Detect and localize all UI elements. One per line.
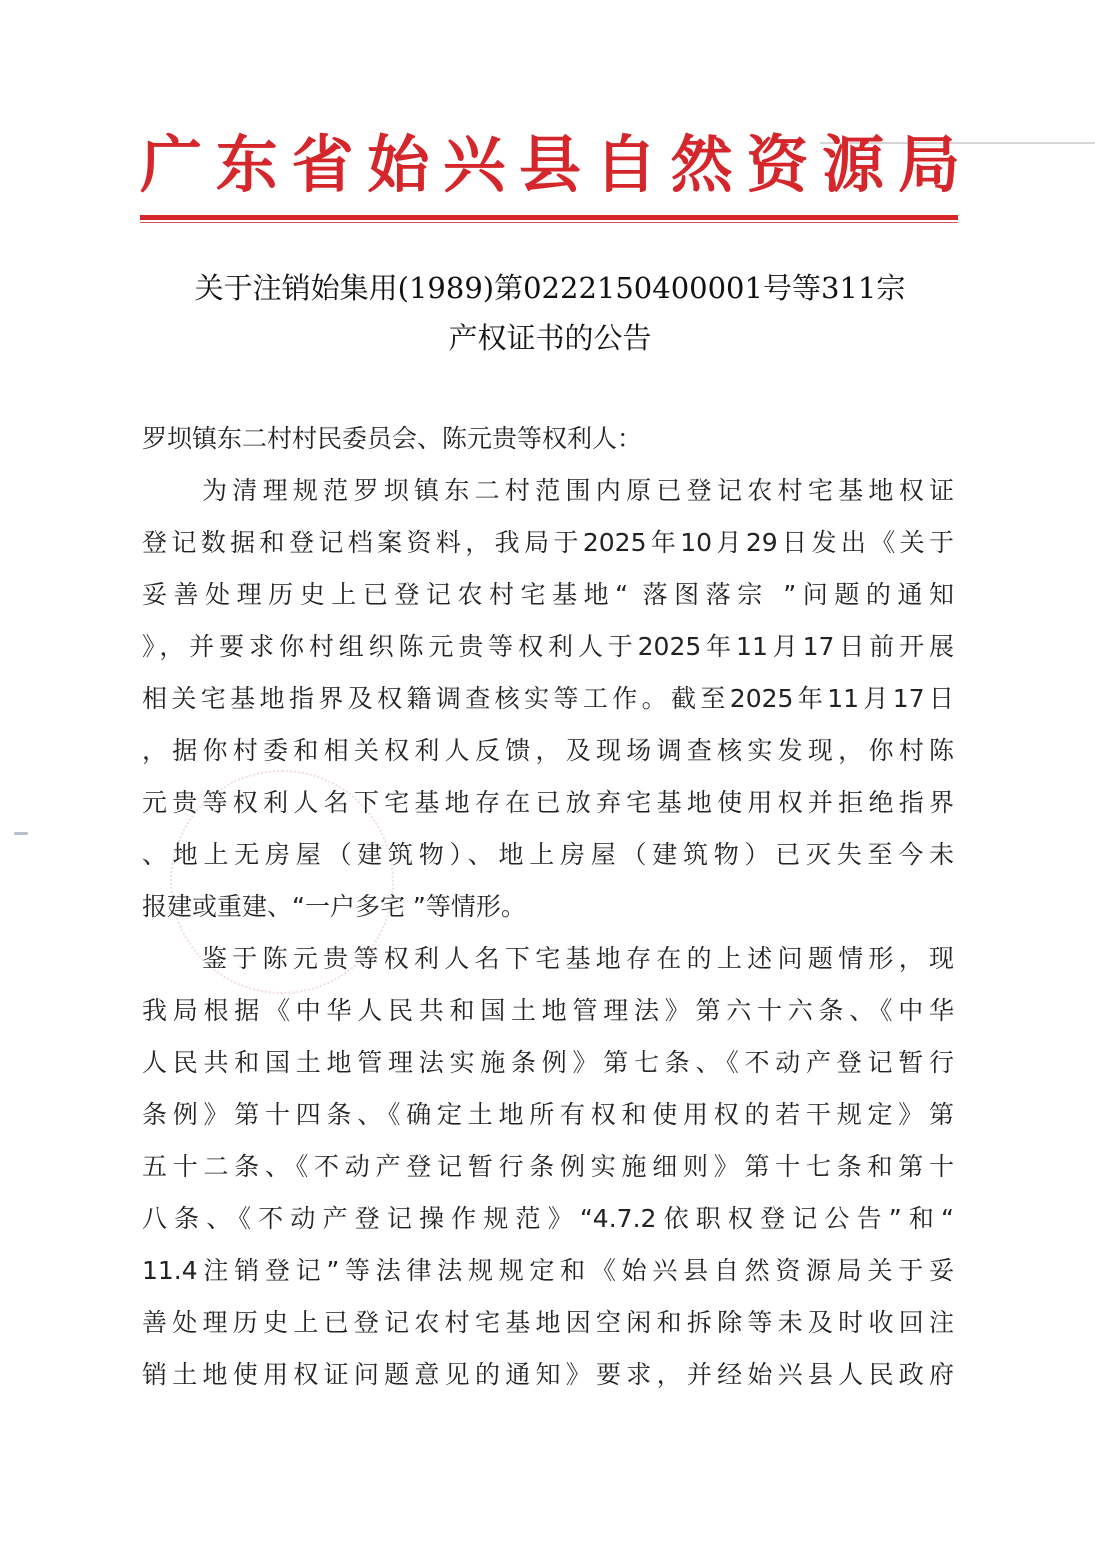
paragraph-2-line: 我局根据《中华人民共和国土地管理法》第六十六条、《中华 (142, 991, 954, 1031)
masthead-char: 始 (367, 125, 429, 205)
masthead-char: 源 (822, 125, 884, 205)
paragraph-1-line: 》，并要求你村组织陈元贵等权利人于2025年11月17日前开展 (142, 627, 954, 667)
paragraph-2-line: 八条、《不动产登记操作规范》“4.7.2依职权登记公告”和“ (142, 1199, 954, 1239)
paragraph-2-line: 条例》第十四条、《确定土地所有权和使用权的若干规定》第 (142, 1095, 954, 1135)
paragraph-1-line: ，据你村委和相关权利人反馈，及现场调查核实发现，你村陈 (142, 731, 954, 771)
salutation: 罗坝镇东二村村民委员会、陈元贵等权利人： (142, 419, 954, 459)
document-title-line-2: 产权证书的公告 (100, 316, 1000, 357)
paragraph-1-line: 为清理规范罗坝镇东二村范围内原已登记农村宅基地权证 (202, 471, 954, 511)
document-title-line-1: 关于注销始集用(1989)第0222150400001号等311宗 (100, 266, 1000, 307)
paragraph-1-line: 、地上无房屋（建筑物）、地上房屋（建筑物）已灭失至今未 (142, 835, 954, 875)
issuer-masthead: 广 东 省 始 兴 县 自 然 资 源 局 (140, 125, 960, 205)
masthead-red-rule (140, 215, 958, 220)
masthead-char: 东 (216, 125, 278, 205)
masthead-char: 然 (671, 125, 733, 205)
paragraph-2-line: 人民共和国土地管理法实施条例》第七条、《不动产登记暂行 (142, 1043, 954, 1083)
masthead-char: 资 (746, 125, 808, 205)
paragraph-2-line: 销土地使用权证问题意见的通知》要求，并经始兴县人民政府 (142, 1355, 954, 1395)
masthead-red-rule-thin (140, 222, 958, 223)
paragraph-1-line: 妥善处理历史上已登记农村宅基地“ 落图落宗 ”问题的通知 (142, 575, 954, 615)
paragraph-2-line: 11.4注销登记”等法律法规规定和《始兴县自然资源局关于妥 (142, 1251, 954, 1291)
paragraph-1-line: 元贵等权利人名下宅基地存在已放弃宅基地使用权并拒绝指界 (142, 783, 954, 823)
document-page: 广 东 省 始 兴 县 自 然 资 源 局 关于注销始集用(1989)第0222… (0, 0, 1100, 1555)
scan-speck (14, 832, 28, 835)
masthead-char: 县 (519, 125, 581, 205)
masthead-char: 自 (595, 125, 657, 205)
paragraph-2-line: 五十二条、《不动产登记暂行条例实施细则》第十七条和第十 (142, 1147, 954, 1187)
paragraph-1-line: 相关宅基地指界及权籍调查核实等工作。截至2025年11月17日 (142, 679, 954, 719)
masthead-char: 兴 (443, 125, 505, 205)
paragraph-1-line: 报建或重建、“一户多宅 ”等情形。 (142, 887, 954, 927)
masthead-char: 广 (140, 125, 202, 205)
paragraph-2-line: 善处理历史上已登记农村宅基地因空闲和拆除等未及时收回注 (142, 1303, 954, 1343)
masthead-char: 省 (292, 125, 354, 205)
paragraph-2-line: 鉴于陈元贵等权利人名下宅基地存在的上述问题情形，现 (202, 939, 954, 979)
masthead-char: 局 (898, 125, 960, 205)
paragraph-1-line: 登记数据和登记档案资料，我局于2025年10月29日发出《关于 (142, 523, 954, 563)
